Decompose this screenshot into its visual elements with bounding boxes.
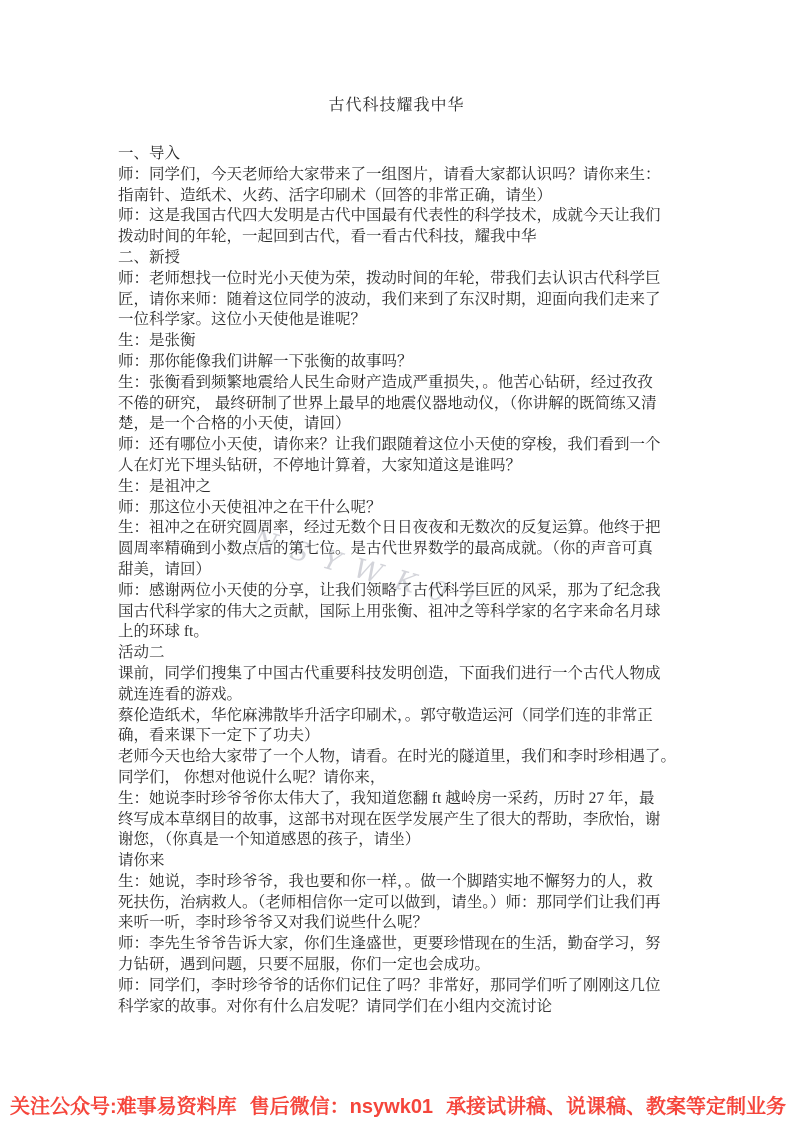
text-line: 匠，请你来师：随着这位同学的波动，我们来到了东汉时期，迎面向我们走来了 (118, 290, 678, 311)
text-line: 同学们， 你想对他说什么呢？请你来， (118, 768, 678, 789)
text-line: 不倦的研究， 最终研制了世界上最早的地震仪器地动仪，（你讲解的既简练又清 (118, 394, 678, 415)
text-line: 活动二 (118, 643, 678, 664)
footer-wechat-id-text: 售后微信：nsywk01 (250, 1090, 433, 1119)
document-body: 一、导入师：同学们，今天老师给大家带来了一组图片，请看大家都认识吗？请你来生：指… (118, 144, 678, 1017)
text-line: 一、导入 (118, 144, 678, 165)
text-line: 老师今天也给大家带了一个人物，请看。在时光的隧道里，我们和李时珍相遇了。 (118, 747, 678, 768)
text-line: 师：还有哪位小天使，请你来？让我们跟随着这位小天使的穿梭，我们看到一个 (118, 435, 678, 456)
text-line: 二、新授 (118, 248, 678, 269)
text-line: 指南针、造纸术、火药、活字印刷术（回答的非常正确，请坐） (118, 186, 678, 207)
text-line: 死扶伤，治病救人。（老师相信你一定可以做到，请坐。）师：那同学们让我们再 (118, 893, 678, 914)
text-line: 来听一听，李时珍爷爷又对我们说些什么呢？ (118, 913, 678, 934)
text-line: 生：是祖冲之 (118, 477, 678, 498)
text-line: 生：她说李时珍爷爷你太伟大了，我知道您翻 ft 越岭房一采药，历时 27 年，最 (118, 789, 678, 810)
text-line: 师：这是我国古代四大发明是古代中国最有代表性的科学技术，成就今天让我们 (118, 206, 678, 227)
text-line: 生：祖冲之在研究圆周率，经过无数个日日夜夜和无数次的反复运算。他终于把 (118, 518, 678, 539)
text-line: 拨动时间的年轮，一起回到古代，看一看古代科技，耀我中华 (118, 227, 678, 248)
promo-footer: 关注公众号:难事易资料库 售后微信：nsywk01 承接试讲稿、说课稿、教案等定… (10, 1090, 790, 1119)
text-line: 科学家的故事。对你有什么启发呢？请同学们在小组内交流讨论 (118, 997, 678, 1018)
text-line: 师：那这位小天使祖冲之在干什么呢？ (118, 498, 678, 519)
text-line: 请你来 (118, 851, 678, 872)
text-line: 师：李先生爷爷告诉大家，你们生逢盛世，更要珍惜现在的生活，勤奋学习，努 (118, 934, 678, 955)
text-line: 师：感谢两位小天使的分享，让我们领略了古代科学巨匠的风采，那为了纪念我 (118, 581, 678, 602)
text-line: 师：同学们，今天老师给大家带来了一组图片，请看大家都认识吗？请你来生： (118, 165, 678, 186)
text-line: 人在灯光下埋头钻研，不停地计算着，大家知道这是谁吗？ (118, 456, 678, 477)
text-line: 终写成本草纲目的故事，这部书对现在医学发展产生了很大的帮助，李欣怡，谢 (118, 810, 678, 831)
text-line: 生：是张衡 (118, 331, 678, 352)
text-line: 就连连看的游戏。 (118, 685, 678, 706)
text-line: 师：老师想找一位时光小天使为荣，拨动时间的年轮，带我们去认识古代科学巨 (118, 269, 678, 290)
text-line: 确，看来课下一定下了功夫） (118, 726, 678, 747)
document-page: 古代科技耀我中华 NSYWK01 一、导入师：同学们，今天老师给大家带来了一组图… (0, 0, 793, 1122)
text-line: 力钻研，遇到问题，只要不屈服，你们一定也会成功。 (118, 955, 678, 976)
text-line: 谢您，（你真是一个知道感恩的孩子，请坐） (118, 830, 678, 851)
text-line: 师：那你能像我们讲解一下张衡的故事吗？ (118, 352, 678, 373)
text-line: 上的环球 ft。 (118, 622, 678, 643)
text-line: 一位科学家。这位小天使他是谁呢？ (118, 310, 678, 331)
text-line: 生：她说，李时珍爷爷，我也要和你一样，。做一个脚踏实地不懈努力的人，救 (118, 872, 678, 893)
text-line: 师：同学们，李时珍爷爷的话你们记住了吗？非常好，那同学们听了刚刚这几位 (118, 976, 678, 997)
text-line: 国古代科学家的伟大之贡献，国际上用张衡、祖冲之等科学家的名字来命名月球 (118, 602, 678, 623)
footer-follow-account-text: 关注公众号:难事易资料库 (10, 1090, 237, 1119)
text-line: 甜美，请回） (118, 560, 678, 581)
text-line: 圆周率精确到小数点后的第七位。是古代世界数学的最高成就。（你的声音可真 (118, 539, 678, 560)
text-line: 楚，是一个合格的小天使，请回） (118, 414, 678, 435)
text-line: 蔡伦造纸术，华佗麻沸散毕升活字印刷术，。郭守敬造运河（同学们连的非常正 (118, 706, 678, 727)
page-title: 古代科技耀我中华 (0, 92, 793, 115)
footer-services-text: 承接试讲稿、说课稿、教案等定制业务 (446, 1090, 786, 1119)
text-line: 课前，同学们搜集了中国古代重要科技发明创造，下面我们进行一个古代人物成 (118, 664, 678, 685)
text-line: 生：张衡看到频繁地震给人民生命财产造成严重损失，。他苦心钻研，经过孜孜 (118, 373, 678, 394)
